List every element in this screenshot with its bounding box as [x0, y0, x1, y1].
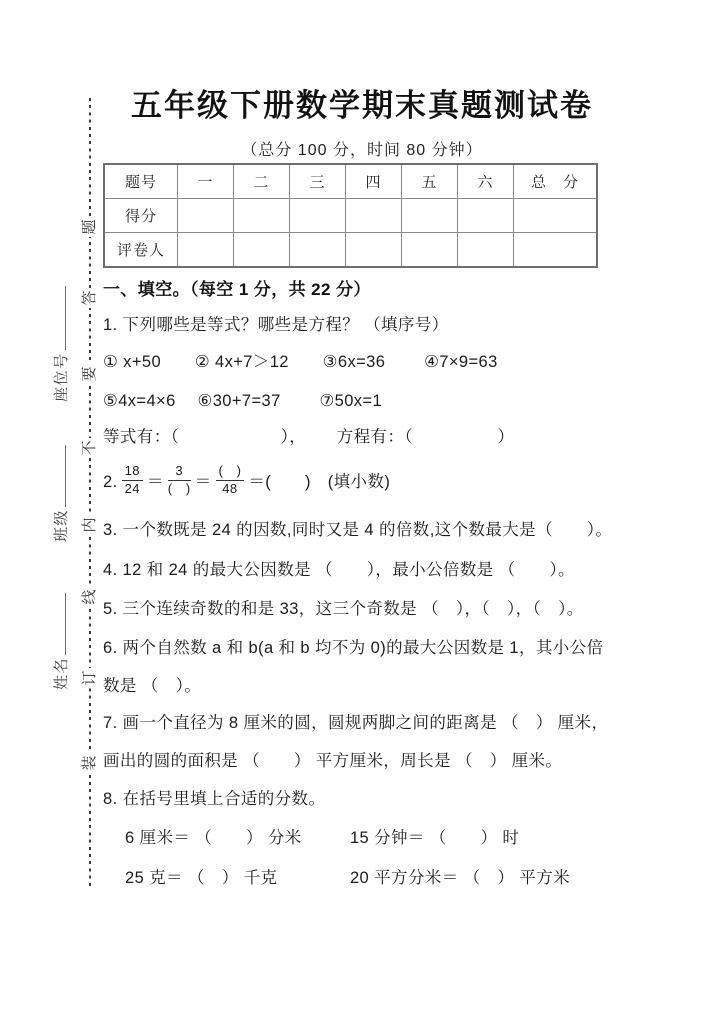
fraction-blank-48: ( ) 48	[216, 464, 245, 497]
header-total-score: 总 分	[514, 164, 598, 199]
class-label: 班级	[53, 509, 70, 542]
question-2-equation: 2. 18 24 ＝ 3 ( ) ＝ ( ) 48 ＝( ) (填小数)	[103, 462, 623, 502]
seat-number-label: 座位号	[53, 352, 70, 402]
seat-number-field: 座位号	[50, 272, 70, 402]
score-cell	[234, 199, 290, 233]
question-2-number: 2.	[103, 473, 118, 492]
grader-cell	[178, 233, 234, 268]
header-question-number: 题号	[104, 164, 178, 199]
header-section-4: 四	[346, 164, 402, 199]
question-5-text: 5. 三个连续奇数的和是 33，这三个奇数是 （ ），（ ），（ ）。	[103, 600, 623, 619]
fraction-numerator: 18	[122, 464, 143, 481]
conversion-cm-to-dm: 6 厘米＝ （ ） 分米	[125, 829, 345, 848]
class-blank-line	[50, 445, 66, 507]
score-row: 得分	[104, 199, 597, 233]
grader-row-label: 评卷人	[104, 233, 178, 268]
equals-sign: ＝	[195, 473, 212, 492]
question-6-line-1: 6. 两个自然数 a 和 b(a 和 b 均不为 0)的最大公因数是 1，其小公…	[103, 639, 623, 658]
name-label: 姓名	[53, 657, 70, 690]
section-1-heading: 一、填空。（每空 1 分，共 22 分）	[103, 280, 623, 299]
conversion-sqdm-to-sqm: 20 平方分米＝ （ ） 平方米	[350, 869, 570, 887]
question-1-text: 1. 下列哪些是等式？哪些是方程？ （填序号）	[103, 316, 623, 335]
question-1-options-line-2: ⑤4x=4×6 ⑥30+7=37 ⑦50x=1	[103, 392, 623, 411]
fraction-denominator: 48	[216, 481, 245, 497]
name-blank-line	[50, 593, 66, 655]
grader-cell	[402, 233, 458, 268]
binding-char-ti: 题	[80, 217, 100, 237]
score-cell	[514, 199, 598, 233]
fraction-numerator: ( )	[216, 464, 245, 481]
fraction-18-24: 18 24	[122, 464, 143, 497]
question-1-options-line-1: ① x+50 ② 4x+7＞12 ③6x=36 ④7×9=63	[103, 353, 623, 372]
binding-char-ding: 订	[80, 668, 100, 688]
binding-char-da: 答	[80, 288, 100, 308]
binding-char-zhuang: 装	[80, 753, 100, 773]
fraction-denominator: 24	[122, 481, 143, 497]
score-cell	[178, 199, 234, 233]
score-row-label: 得分	[104, 199, 178, 233]
conversion-g-to-kg: 25 克＝ （ ） 千克	[125, 869, 345, 888]
question-7-line-1: 7. 画一个直径为 8 厘米的圆，圆规两脚之间的距离是 （ ） 厘米，	[103, 714, 623, 733]
grader-cell	[458, 233, 514, 268]
score-table: 题号 一 二 三 四 五 六 总 分 得分 评卷人	[103, 163, 598, 268]
question-1-answer-blanks: 等式有：（ ）， 方程有：（ ）	[103, 428, 623, 447]
grader-cell	[234, 233, 290, 268]
score-cell	[402, 199, 458, 233]
score-cell	[458, 199, 514, 233]
question-2-note: (填小数)	[311, 473, 390, 492]
question-7-line-2: 画出的圆的面积是 （ ） 平方厘米，周长是 （ ） 厘米。	[103, 752, 623, 771]
grader-cell	[346, 233, 402, 268]
question-6-line-2: 数是 （ ）。	[103, 677, 623, 696]
equals-sign: ＝	[147, 473, 164, 492]
name-field: 姓名	[50, 580, 70, 690]
score-cell	[290, 199, 346, 233]
grader-cell	[290, 233, 346, 268]
question-8-conversion-row-2: 25 克＝ （ ） 千克 20 平方分米＝ （ ） 平方米	[125, 869, 645, 888]
binding-char-bu: 不	[80, 438, 100, 458]
score-cell	[346, 199, 402, 233]
header-section-3: 三	[290, 164, 346, 199]
score-table-header-row: 题号 一 二 三 四 五 六 总 分	[104, 164, 597, 199]
grader-cell	[514, 233, 598, 268]
class-field: 班级	[50, 432, 70, 542]
header-section-1: 一	[178, 164, 234, 199]
grader-row: 评卷人	[104, 233, 597, 268]
question-2-answer-blank: ＝( )	[248, 473, 311, 492]
fraction-numerator: 3	[168, 464, 191, 481]
header-section-6: 六	[458, 164, 514, 199]
fraction-3-blank: 3 ( )	[168, 464, 191, 497]
seat-number-blank-line	[50, 286, 66, 350]
binding-char-nei: 内	[80, 515, 100, 535]
fraction-denominator: ( )	[168, 481, 191, 497]
header-section-2: 二	[234, 164, 290, 199]
page-subtitle: （总分 100 分，时间 80 分钟）	[0, 137, 724, 160]
conversion-min-to-hour: 15 分钟＝ （ ） 时	[350, 829, 519, 847]
header-section-5: 五	[402, 164, 458, 199]
question-8-conversion-row-1: 6 厘米＝ （ ） 分米 15 分钟＝ （ ） 时	[125, 829, 645, 848]
question-8-text: 8. 在括号里填上合适的分数。	[103, 790, 623, 809]
question-3-text: 3. 一个数既是 24 的因数,同时又是 4 的倍数,这个数最大是（ ）。	[103, 521, 623, 540]
binding-char-xian: 线	[80, 587, 100, 607]
question-4-text: 4. 12 和 24 的最大公因数是 （ ），最小公倍数是 （ ）。	[103, 561, 623, 580]
page-title: 五年级下册数学期末真题测试卷	[0, 80, 724, 125]
binding-char-yao: 要	[80, 364, 100, 384]
